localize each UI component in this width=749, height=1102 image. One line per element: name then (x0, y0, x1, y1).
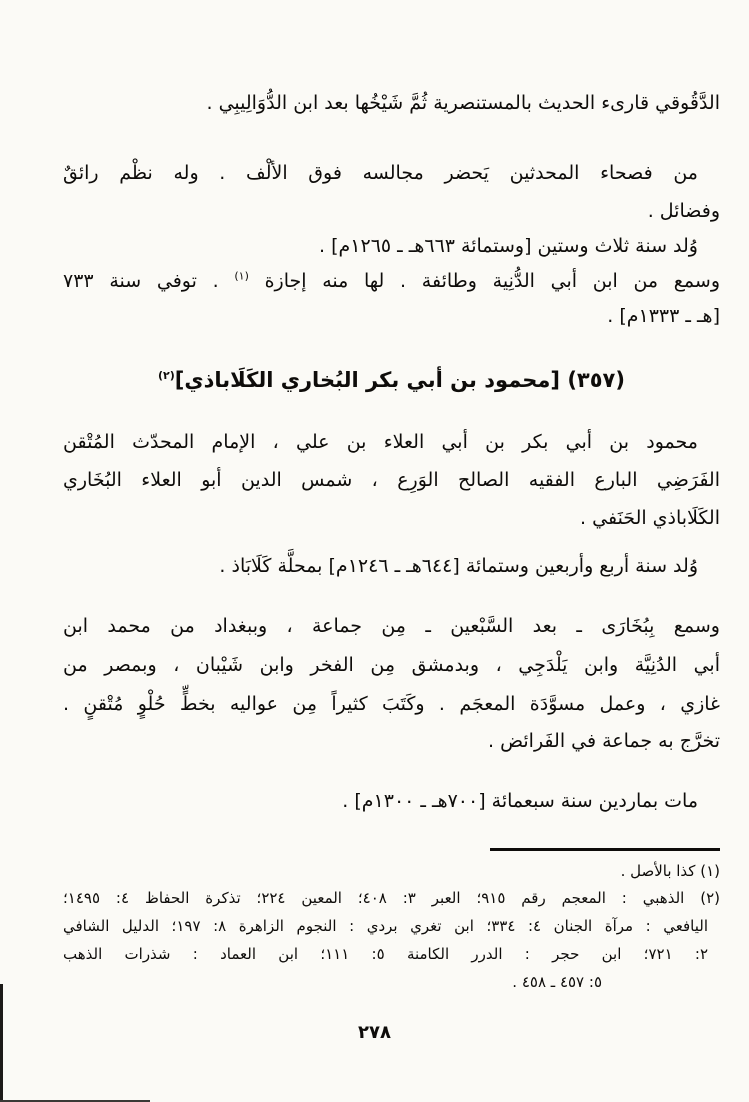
body-line: الدَّقُوقي قارىء الحديث بالمستنصرية ثُمَ… (63, 88, 720, 118)
footnote-ref-2: (٢) (158, 369, 175, 382)
body-line: وسمع من ابن أبي الدُّنِية وطائفة . لها م… (63, 266, 720, 296)
body-text: وسمع من ابن أبي الدُّنِية وطائفة . لها م… (249, 270, 720, 292)
footnote-line: ٢: ٧٢١؛ ابن حجر : الدرر الكامنة ٥: ١١١؛ … (63, 942, 720, 966)
body-line-death-date: مات بماردين سنة سبعمائة [٧٠٠هـ ـ ١٣٠٠م] … (63, 786, 720, 816)
entry-heading-text: (٣٥٧) [محمود بن أبي بكر البُخاري الكَلَا… (175, 368, 625, 392)
body-line: غازي ، وعمل مسوَّدَة المعجَم . وكَتَبَ ك… (63, 689, 720, 719)
text-column: الدَّقُوقي قارىء الحديث بالمستنصرية ثُمَ… (63, 0, 720, 994)
body-text: . توفي سنة ٧٣٣ (63, 270, 234, 292)
page-number: ٢٧٨ (0, 1022, 749, 1043)
body-line-death-date: [هـ ـ ١٣٣٣م] . (63, 301, 720, 331)
body-line: الكَلَاباذي الحَنَفي . (63, 503, 720, 533)
body-line: أبي الدُنِيَّة وابن يَلْدَجِي ، وبدمشق م… (63, 650, 720, 680)
body-line-birth-date: وُلد سنة ثلاث وستين [وستمائة ٦٦٣هـ ـ ١٢٦… (63, 231, 720, 261)
body-line-birth-date: وُلد سنة أربع وأربعين وستمائة [٦٤٤هـ ـ ١… (63, 551, 720, 581)
entry-heading: (٣٥٧) [محمود بن أبي بكر البُخاري الكَلَا… (63, 363, 720, 397)
body-line: محمود بن أبي بكر بن أبي العلاء بن علي ، … (63, 427, 720, 457)
footnote-line: اليافعي : مرآة الجنان ٤: ٣٣٤؛ ابن تغري ب… (63, 914, 720, 938)
body-line: تخرَّج به جماعة في الفَرائض . (63, 726, 720, 756)
footnote-line: (٢) الذهبي : المعجم رقم ٩١٥؛ العبر ٣: ٤٠… (63, 886, 720, 910)
body-line: وفضائل . (63, 196, 720, 226)
body-line: الفَرَضِي البارع الفقيه الصالح الوَرِع ،… (63, 465, 720, 495)
book-page: الدَّقُوقي قارىء الحديث بالمستنصرية ثُمَ… (0, 0, 749, 1102)
footnote-divider (490, 848, 720, 851)
scan-artifact (0, 984, 3, 1102)
footnote-ref-1: (١) (234, 270, 249, 283)
body-line: من فصحاء المحدثين يَحضر مجالسه فوق الألْ… (63, 158, 720, 188)
footnote-line: (١) كذا بالأصل . (63, 859, 720, 883)
body-line: وسمع بِبُخَارَى ـ بعد السَّبْعين ـ مِن ج… (63, 611, 720, 641)
footnote-line: ٥: ٤٥٧ ـ ٤٥٨ . (63, 970, 720, 994)
